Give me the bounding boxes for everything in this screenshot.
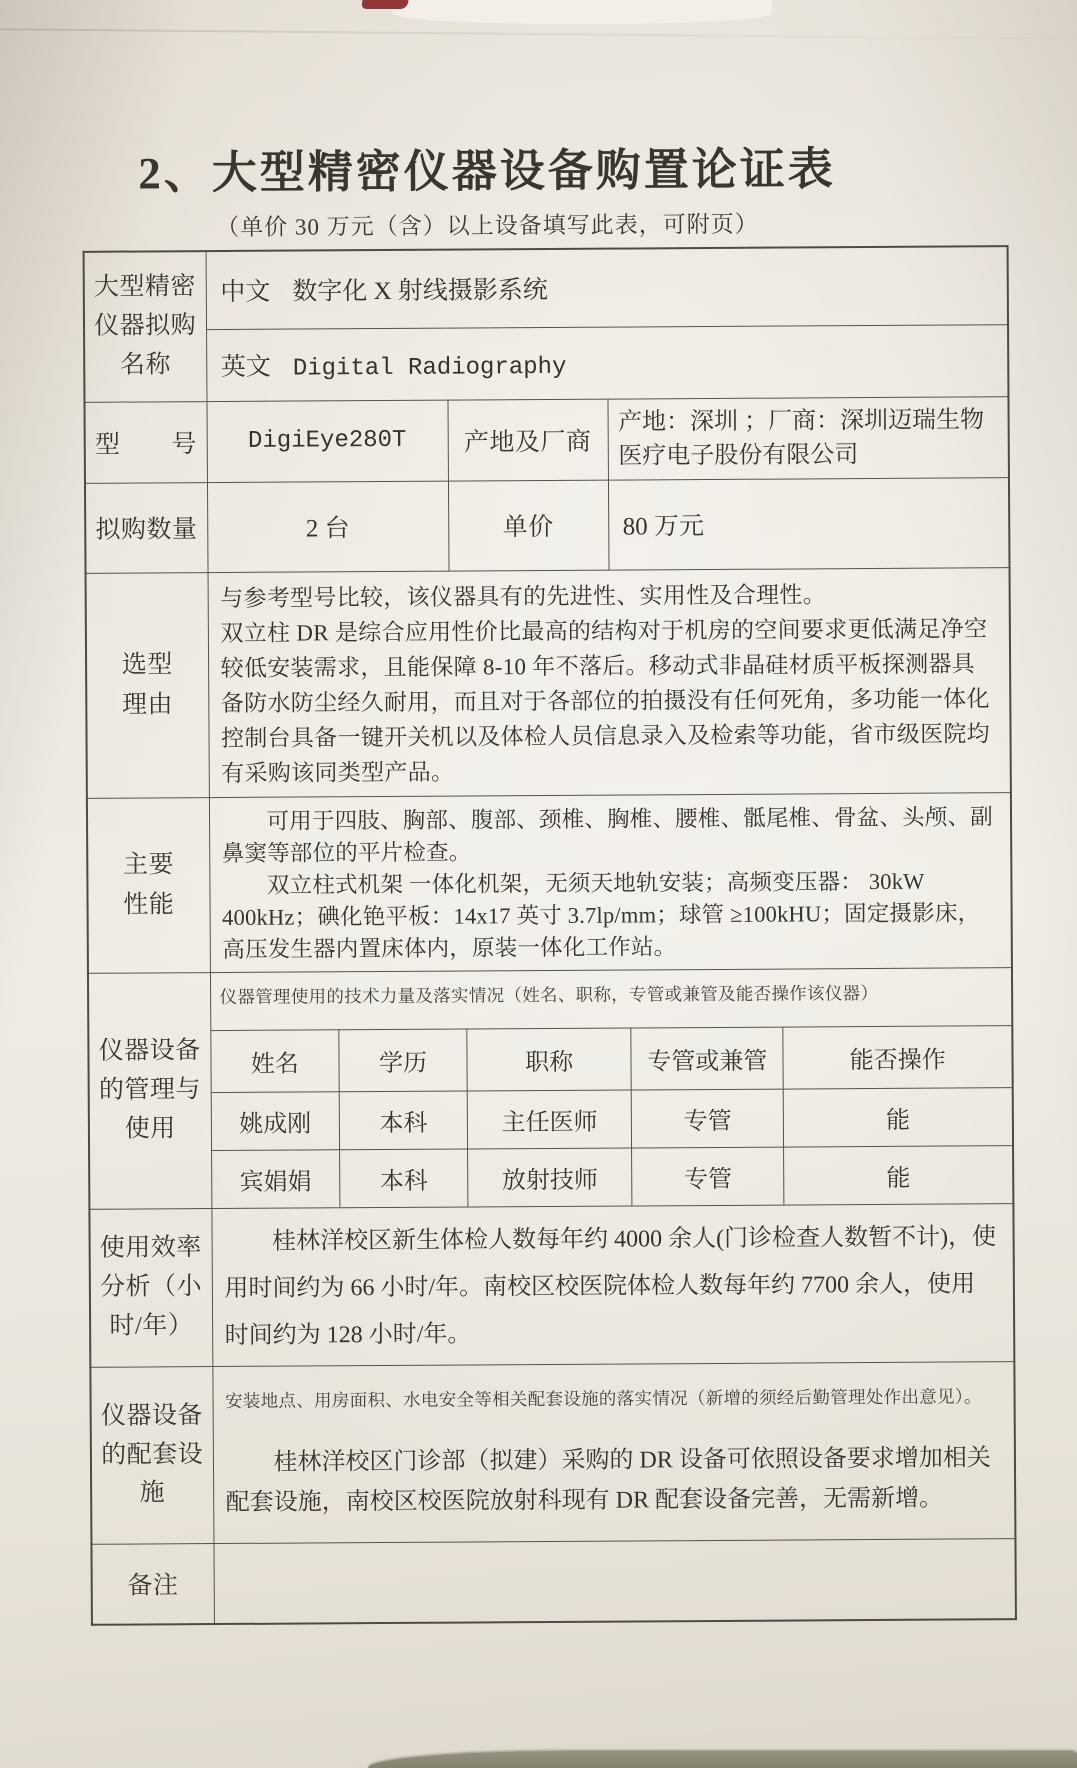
- name-label-cell: 大型精密仪器拟购名称: [84, 251, 207, 402]
- document-sheet: 2、大型精密仪器设备购置论证表 （单价 30 万元（含）以上设备填写此表，可附页…: [81, 0, 1017, 1625]
- performance-row: 主要性能 可用于四肢、胸部、腹部、颈椎、胸椎、腰椎、骶尾椎、骨盆、头颅、副鼻窦等…: [87, 792, 1012, 973]
- mgmt-label: 仪器设备的管理与使用: [93, 1032, 206, 1149]
- name-label: 大型精密仪器拟购名称: [89, 268, 202, 385]
- personnel-name: 宾娟娟: [212, 1149, 340, 1208]
- personnel-header-dedication: 专管或兼管: [631, 1027, 783, 1090]
- usage-label: 使用效率分析（小时/年）: [95, 1229, 208, 1346]
- facility-row: 仪器设备的配套设施 安装地点、用房面积、水电安全等相关配套设施的落实情况（新增的…: [90, 1362, 1015, 1545]
- page-subtitle: （单价 30 万元（含）以上设备填写此表，可附页）: [82, 205, 892, 243]
- reason-para-2: 双立柱 DR 是综合应用性价比最高的结构对于机房的空间要求更低满足净空较低安装需…: [220, 611, 996, 791]
- facility-label: 仪器设备的配套设施: [96, 1397, 209, 1514]
- usage-text: 桂林洋校区新生体检人数每年约 4000 余人(门诊检查人数暂不计)，使用时间约为…: [224, 1214, 999, 1360]
- en-label: 英文: [221, 354, 271, 381]
- personnel-dedication: 专管: [632, 1147, 784, 1206]
- personnel-header-education: 学历: [339, 1029, 467, 1092]
- purchase-form-table: 大型精密仪器拟购名称 中文数字化 X 射线摄影系统 英文Digital Radi…: [83, 245, 1017, 1625]
- personnel-row: 姚成刚 本科 主任医师 专管 能: [211, 1087, 1012, 1150]
- facility-text: 桂林洋校区门诊部（拟建）采购的 DR 设备可依照设备要求增加相关配套设施，南校区…: [225, 1438, 1002, 1523]
- management-row: 仪器设备的管理与使用 仪器管理使用的技术力量及落实情况（姓名、职称，专管或兼管及…: [88, 967, 1013, 1209]
- en-name-cell: 英文Digital Radiography: [206, 324, 1008, 401]
- personnel-header-row: 姓名 学历 职称 专管或兼管 能否操作: [211, 1025, 1012, 1092]
- remark-value-cell: [213, 1539, 1015, 1624]
- personnel-table: 姓名 学历 职称 专管或兼管 能否操作 姚成刚 本科 主任医师 专管 能: [211, 1025, 1013, 1208]
- personnel-education: 本科: [339, 1091, 467, 1150]
- origin-label-cell: 产地及厂商: [447, 399, 607, 481]
- quantity-row: 拟购数量 2 台 单价 80 万元: [85, 477, 1010, 573]
- reason-row: 选型理由 与参考型号比较，该仪器具有的先进性、实用性及合理性。 双立柱 DR 是…: [86, 567, 1011, 798]
- price-value-cell: 80 万元: [608, 477, 1010, 569]
- perf-label: 主要性能: [121, 845, 176, 925]
- personnel-name: 姚成刚: [211, 1091, 339, 1150]
- personnel-row: 宾娟娟 本科 放射技师 专管 能: [212, 1145, 1013, 1208]
- personnel-header-operable: 能否操作: [783, 1025, 1012, 1088]
- qty-label-cell: 拟购数量: [85, 482, 208, 573]
- personnel-operable: 能: [784, 1145, 1013, 1204]
- name-en-row: 英文Digital Radiography: [84, 324, 1008, 402]
- reason-label-cell: 选型理由: [86, 572, 209, 798]
- facility-label-cell: 仪器设备的配套设施: [90, 1367, 213, 1545]
- perf-para-1: 可用于四肢、胸部、腹部、颈椎、胸椎、腰椎、骶尾椎、骨盆、头颅、副鼻窦等部位的平片…: [221, 801, 996, 870]
- usage-label-cell: 使用效率分析（小时/年）: [89, 1209, 212, 1368]
- personnel-education: 本科: [340, 1148, 468, 1207]
- name-cn-row: 大型精密仪器拟购名称 中文数字化 X 射线摄影系统: [84, 246, 1008, 330]
- page-title: 2、大型精密仪器设备购置论证表: [82, 132, 892, 202]
- perf-para-2: 双立柱式机架 一体化机架，无须天地轨安装；高频变压器： 30kW 400kHz；…: [222, 865, 997, 966]
- facility-note: 安装地点、用房面积、水电安全等相关配套设施的落实情况（新增的须经后勤管理处作出意…: [225, 1383, 1002, 1413]
- personnel-header-title: 职称: [467, 1027, 631, 1090]
- model-row: 型 号 DigiEye280T 产地及厂商 产地：深圳 ；厂商：深圳迈瑞生物医疗…: [84, 396, 1008, 483]
- personnel-header-name: 姓名: [211, 1029, 339, 1092]
- perf-text-cell: 可用于四肢、胸部、腹部、颈椎、胸椎、腰椎、骶尾椎、骨盆、头颅、副鼻窦等部位的平片…: [209, 792, 1012, 972]
- en-value: Digital Radiography: [293, 354, 567, 383]
- personnel-title: 放射技师: [468, 1147, 632, 1206]
- model-value-cell: DigiEye280T: [206, 400, 447, 482]
- origin-value-cell: 产地：深圳 ；厂商：深圳迈瑞生物医疗电子股份有限公司: [607, 396, 1008, 479]
- personnel-title: 主任医师: [467, 1089, 631, 1148]
- desk-edge: [368, 1751, 1077, 1768]
- qty-value-cell: 2 台: [207, 481, 449, 572]
- usage-text-cell: 桂林洋校区新生体检人数每年约 4000 余人(门诊检查人数暂不计)，使用时间约为…: [211, 1204, 1014, 1367]
- price-label-cell: 单价: [448, 480, 609, 571]
- model-label-cell: 型 号: [84, 401, 206, 483]
- mgmt-content-cell: 仪器管理使用的技术力量及落实情况（姓名、职称，专管或兼管及能否操作该仪器） 姓名…: [210, 967, 1013, 1208]
- remark-label-cell: 备注: [91, 1544, 213, 1625]
- cn-label: 中文: [220, 279, 270, 306]
- reason-label: 选型理由: [120, 645, 175, 725]
- reason-text-cell: 与参考型号比较，该仪器具有的先进性、实用性及合理性。 双立柱 DR 是综合应用性…: [208, 567, 1011, 797]
- mgmt-note: 仪器管理使用的技术力量及落实情况（姓名、职称，专管或兼管及能否操作该仪器）: [210, 968, 1011, 1030]
- cn-name-cell: 中文数字化 X 射线摄影系统: [206, 246, 1008, 329]
- mgmt-label-cell: 仪器设备的管理与使用: [88, 972, 211, 1209]
- perf-label-cell: 主要性能: [87, 797, 210, 973]
- cn-value: 数字化 X 射线摄影系统: [292, 277, 548, 306]
- reason-para-1: 与参考型号比较，该仪器具有的先进性、实用性及合理性。: [220, 576, 995, 616]
- personnel-operable: 能: [784, 1087, 1013, 1146]
- photo-background: 2、大型精密仪器设备购置论证表 （单价 30 万元（含）以上设备填写此表，可附页…: [0, 0, 1077, 1768]
- remark-row: 备注: [91, 1539, 1015, 1625]
- personnel-dedication: 专管: [631, 1089, 783, 1148]
- usage-efficiency-row: 使用效率分析（小时/年） 桂林洋校区新生体检人数每年约 4000 余人(门诊检查…: [89, 1204, 1014, 1368]
- facility-content-cell: 安装地点、用房面积、水电安全等相关配套设施的落实情况（新增的须经后勤管理处作出意…: [212, 1362, 1015, 1544]
